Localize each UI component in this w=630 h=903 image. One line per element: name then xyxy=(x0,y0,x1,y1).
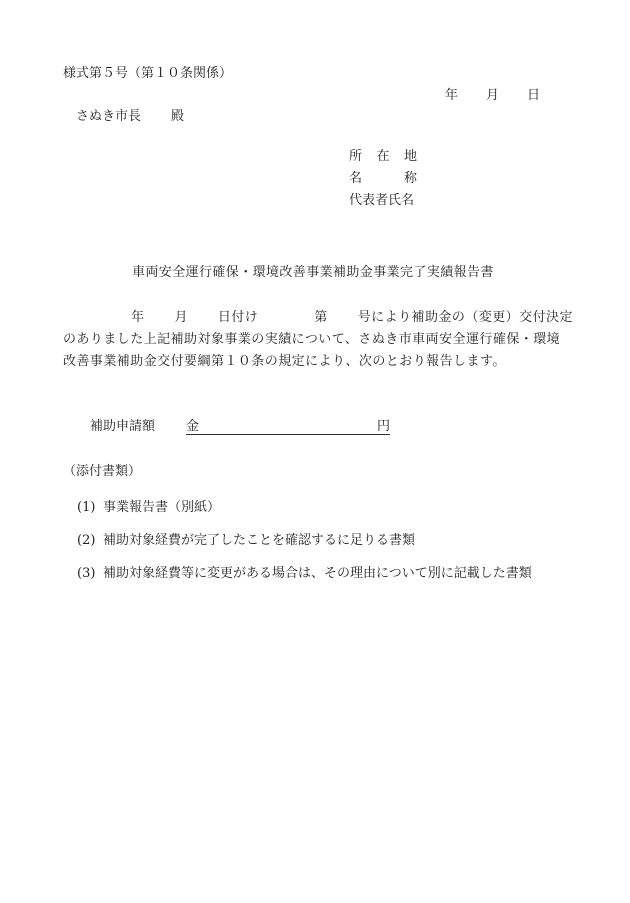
attachment-item: (3)補助対象経費等に変更がある場合は、その理由について別に記載した書類 xyxy=(77,566,532,582)
addressee-honorific: 殿 xyxy=(171,109,184,124)
attachments-header: （添付書類） xyxy=(63,464,141,480)
requested-amount-label: 補助申請額 xyxy=(90,419,186,435)
attachment-text: 補助対象経費等に変更がある場合は、その理由について別に記載した書類 xyxy=(103,566,532,581)
amount-prefix: 金 xyxy=(186,419,199,435)
body-line-1: 年月日付け第号により補助金の（変更）交付決定 xyxy=(63,310,583,332)
document-title: 車両安全運行確保・環境改善事業補助金事業完了実績報告書 xyxy=(132,265,494,281)
attachment-item: (1)事業報告書（別紙） xyxy=(77,500,220,516)
date-day-label: 日 xyxy=(527,88,540,104)
body-paragraph: 年月日付け第号により補助金の（変更）交付決定 のありました上記補助対象事業の実績… xyxy=(63,310,583,376)
addressee: さぬき市長殿 xyxy=(76,109,184,125)
attachment-text: 事業報告書（別紙） xyxy=(103,500,220,515)
attachment-item: (2)補助対象経費が完了したことを確認するに足りる書類 xyxy=(77,533,415,549)
attachment-text: 補助対象経費が完了したことを確認するに足りる書類 xyxy=(103,533,415,548)
attachment-number: (2) xyxy=(77,533,103,549)
applicant-representative-label: 代表者氏名 xyxy=(349,193,417,215)
date-month-label: 月 xyxy=(486,88,499,104)
applicant-address-label: 所 在 地 xyxy=(349,149,417,171)
applicant-block: 所 在 地 名 称 代表者氏名 xyxy=(349,149,417,215)
date-year-label: 年 xyxy=(445,88,458,104)
body-line-2: のありました上記補助対象事業の実績について、さぬき市車両安全運行確保・環境 xyxy=(63,332,583,354)
requested-amount: 補助申請額金円 xyxy=(90,419,390,435)
attachment-number: (1) xyxy=(77,500,103,516)
date-line: 年月日 xyxy=(445,88,540,104)
amount-suffix: 円 xyxy=(377,419,390,435)
applicant-name-label: 名 称 xyxy=(349,171,417,193)
requested-amount-field[interactable]: 金円 xyxy=(186,419,390,435)
form-number: 様式第５号（第１０条関係） xyxy=(63,66,232,82)
attachment-number: (3) xyxy=(77,566,103,582)
body-line-3: 改善事業補助金交付要綱第１０条の規定により、次のとおり報告します。 xyxy=(63,354,583,376)
addressee-name: さぬき市長 xyxy=(76,109,141,124)
